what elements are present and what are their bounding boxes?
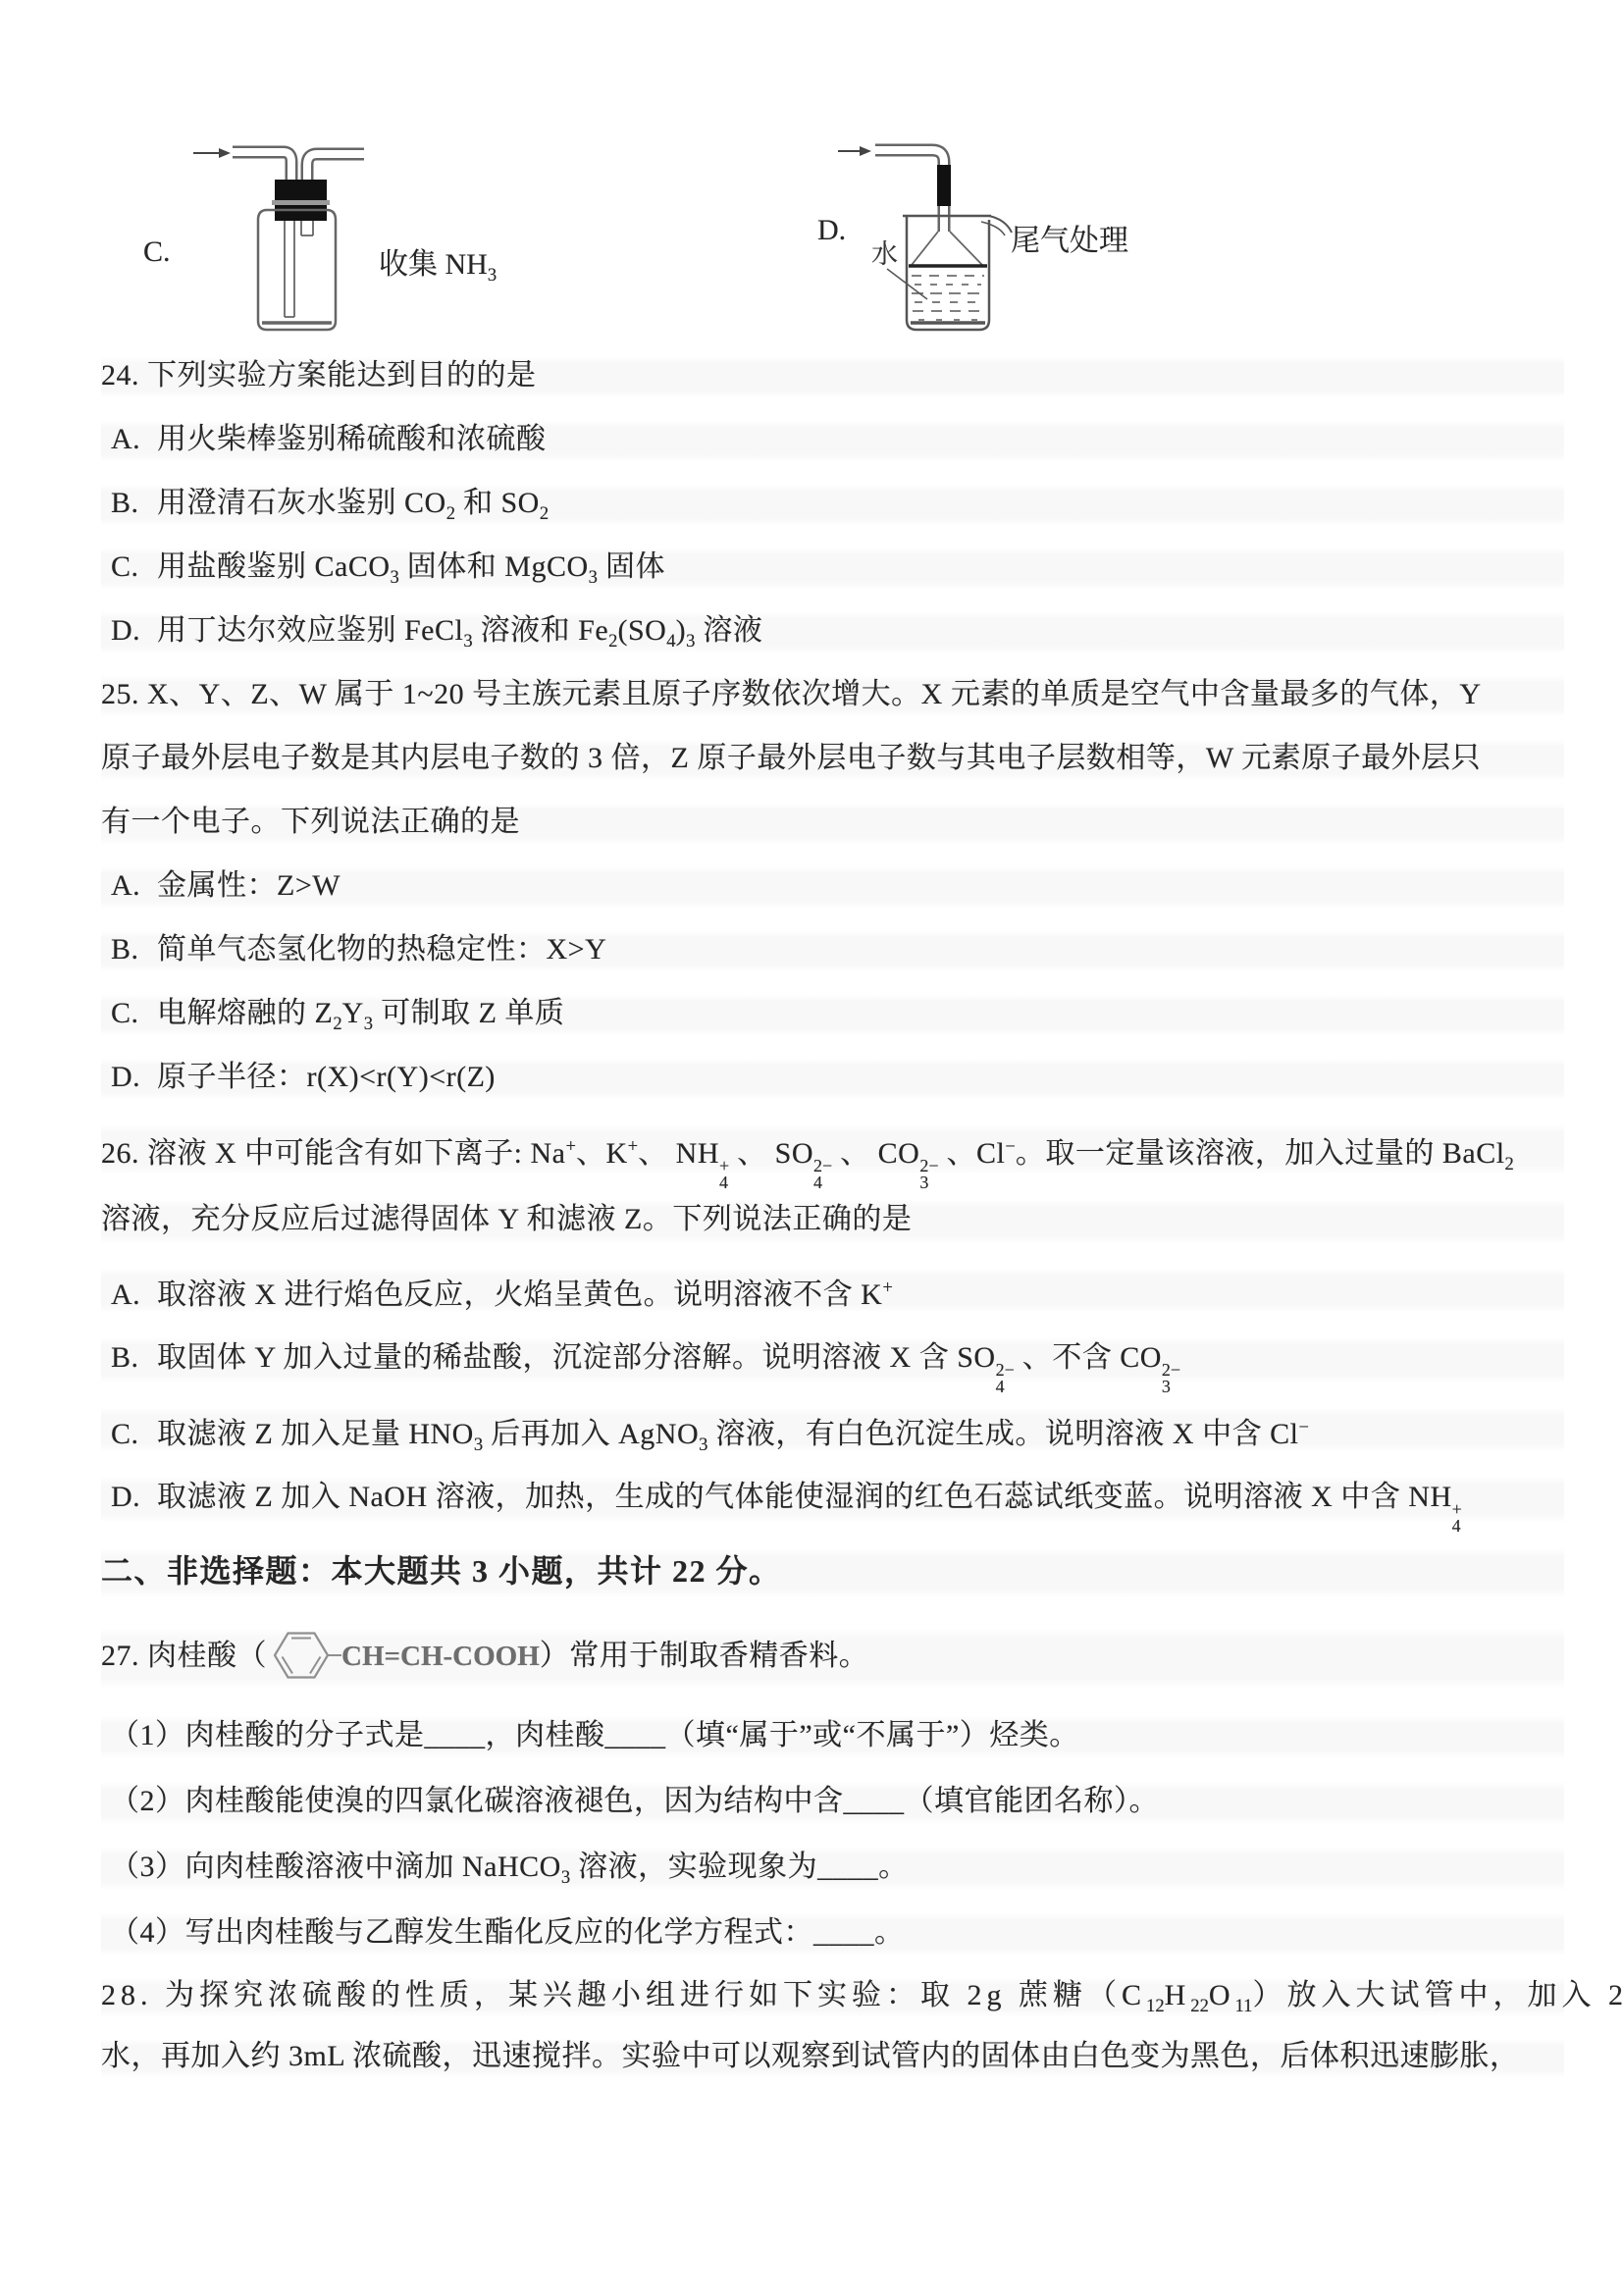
- q26-line-1: 26. 溶液 X 中可能含有如下离子: Na+、K+、 NH+4 、 SO2−4…: [101, 1109, 1564, 1185]
- q24-title: 24. 下列实验方案能达到目的的是: [101, 343, 1564, 407]
- option-letter: B.: [111, 1323, 157, 1393]
- q27-sub-4: （4）写出肉桂酸与乙醇发生酯化反应的化学方程式：____。: [101, 1900, 1564, 1965]
- option-text: 原子半径：r(X)<r(Y)<r(Z): [157, 1061, 496, 1093]
- option-letter: C.: [111, 535, 157, 599]
- option-letter: A.: [111, 1261, 157, 1330]
- option-text: 取滤液 Z 加入足量 HNO3 后再加入 AgNO3 溶液，有白色沉淀生成。说明…: [157, 1418, 1309, 1450]
- q28-line-1: 28. 为探究浓硫酸的性质，某兴趣小组进行如下实验：取 2g 蔗糖（C12H22…: [101, 1965, 1564, 2026]
- rubber-stopper: [272, 180, 330, 221]
- q24-option-d: D.用丁达尔效应鉴别 FeCl3 溶液和 Fe2(SO4)3 溶液: [101, 599, 1564, 662]
- q26-line-2: 溶液，充分反应后过滤得固体 Y 和滤液 Z。下列说法正确的是: [101, 1185, 1564, 1254]
- exam-page: C.: [0, 0, 1623, 2296]
- option-letter: A.: [111, 407, 157, 471]
- q25-option-d: D.原子半径：r(X)<r(Y)<r(Z): [101, 1045, 1564, 1109]
- option-letter: D.: [111, 1045, 157, 1109]
- water-dashes: [912, 276, 984, 320]
- option-c-caption: 收集 NH3: [379, 239, 497, 287]
- section-2-header: 二、非选择题：本大题共 3 小题，共计 22 分。: [101, 1533, 1564, 1609]
- q27-intro: 27. 肉桂酸（ CH=CH-COOH）常用于制取香精香料。: [101, 1609, 1564, 1702]
- option-text: 取溶液 X 进行焰色反应，火焰呈黄色。说明溶液不含 K+: [157, 1278, 893, 1311]
- option-letter: B.: [111, 917, 157, 981]
- option-c-label: C.: [143, 235, 171, 269]
- q27-sub-1: （1）肉桂酸的分子式是____，肉桂酸____（填“属于”或“不属于”）烃类。: [101, 1702, 1564, 1768]
- exam-body: 24. 下列实验方案能达到目的的是 A.用火柴棒鉴别稀硫酸和浓硫酸 B.用澄清石…: [0, 343, 1623, 2087]
- q26-option-d: D.取滤液 Z 加入 NaOH 溶液，加热，生成的气体能使湿润的红色石蕊试纸变蓝…: [101, 1462, 1564, 1533]
- q26-option-b: B.取固体 Y 加入过量的稀盐酸，沉淀部分溶解。说明溶液 X 含 SO2−4 、…: [101, 1323, 1564, 1393]
- water-label: 水: [871, 239, 898, 269]
- q27-sub-3: （3）向肉桂酸溶液中滴加 NaHCO3 溶液，实验现象为____。: [101, 1834, 1564, 1900]
- option-text: 用盐酸鉴别 CaCO3 固体和 MgCO3 固体: [157, 550, 665, 583]
- inner-long-tube: [285, 221, 294, 317]
- q25-line-3: 有一个电子。下列说法正确的是: [101, 790, 1564, 854]
- tube-black-segment: [937, 165, 951, 206]
- option-text: 取固体 Y 加入过量的稀盐酸，沉淀部分溶解。说明溶液 X 含 SO2−4 、不含…: [157, 1341, 1180, 1374]
- option-text: 简单气态氢化物的热稳定性：X>Y: [157, 933, 606, 965]
- q27-intro-pre: 27. 肉桂酸（: [101, 1640, 267, 1672]
- q24-option-c: C.用盐酸鉴别 CaCO3 固体和 MgCO3 固体: [101, 535, 1564, 599]
- q28-line-2: 水，再加入约 3mL 浓硫酸，迅速搅拌。实验中可以观察到试管内的固体由白色变为黑…: [101, 2026, 1564, 2087]
- option-text: 用澄清石灰水鉴别 CO2 和 SO2: [157, 487, 549, 519]
- cinnamic-acid-formula: CH=CH-COOH: [341, 1641, 540, 1672]
- q27-sub-2: （2）肉桂酸能使溴的四氯化碳溶液褪色，因为结构中含____（填官能团名称）。: [101, 1768, 1564, 1834]
- q25-option-a: A.金属性：Z>W: [101, 854, 1564, 917]
- inlet-tube: [875, 150, 951, 232]
- benzene-ring-icon: [273, 1624, 341, 1687]
- apparatus-row: C.: [0, 0, 1623, 343]
- bottle-body: [258, 210, 336, 330]
- inverted-funnel: [912, 232, 982, 265]
- inner-short-tube-stub: [301, 221, 313, 235]
- option-letter: A.: [111, 854, 157, 917]
- option-letter: D.: [111, 1462, 157, 1533]
- gas-inlet-arrow-icon: [838, 146, 871, 156]
- q25-line-2: 原子最外层电子数是其内层电子数的 3 倍，Z 原子最外层电子数与其电子层数相等，…: [101, 726, 1564, 790]
- q24-option-a: A.用火柴棒鉴别稀硫酸和浓硫酸: [101, 407, 1564, 471]
- tail-gas-treatment-beaker-diagram: 水: [834, 137, 1035, 339]
- option-d-caption: 尾气处理: [1011, 216, 1128, 259]
- option-text: 用火柴棒鉴别稀硫酸和浓硫酸: [157, 423, 547, 455]
- option-text: 用丁达尔效应鉴别 FeCl3 溶液和 Fe2(SO4)3 溶液: [157, 614, 762, 647]
- q26-option-c: C.取滤液 Z 加入足量 HNO3 后再加入 AgNO3 溶液，有白色沉淀生成。…: [101, 1393, 1564, 1462]
- option-letter: B.: [111, 471, 157, 535]
- option-text: 金属性：Z>W: [157, 869, 340, 902]
- q24-option-b: B.用澄清石灰水鉴别 CO2 和 SO2: [101, 471, 1564, 535]
- q25-option-b: B.简单气态氢化物的热稳定性：X>Y: [101, 917, 1564, 981]
- gas-inlet-arrow-icon: [193, 148, 231, 158]
- option-letter: C.: [111, 1400, 157, 1469]
- q25-option-c: C.电解熔融的 Z2Y3 可制取 Z 单质: [101, 981, 1564, 1045]
- option-text: 取滤液 Z 加入 NaOH 溶液，加热，生成的气体能使湿润的红色石蕊试纸变蓝。说…: [157, 1481, 1462, 1513]
- q27-intro-post: ）常用于制取香精香料。: [540, 1640, 869, 1672]
- option-letter: C.: [111, 981, 157, 1045]
- gas-washing-bottle-diagram: [189, 135, 376, 341]
- option-text: 电解熔融的 Z2Y3 可制取 Z 单质: [157, 997, 564, 1029]
- q25-line-1: 25. X、Y、Z、W 属于 1~20 号主族元素且原子序数依次增大。X 元素的…: [101, 662, 1564, 726]
- q26-option-a: A.取溶液 X 进行焰色反应，火焰呈黄色。说明溶液不含 K+: [101, 1254, 1564, 1323]
- beaker-body: [903, 216, 1012, 330]
- option-letter: D.: [111, 599, 157, 662]
